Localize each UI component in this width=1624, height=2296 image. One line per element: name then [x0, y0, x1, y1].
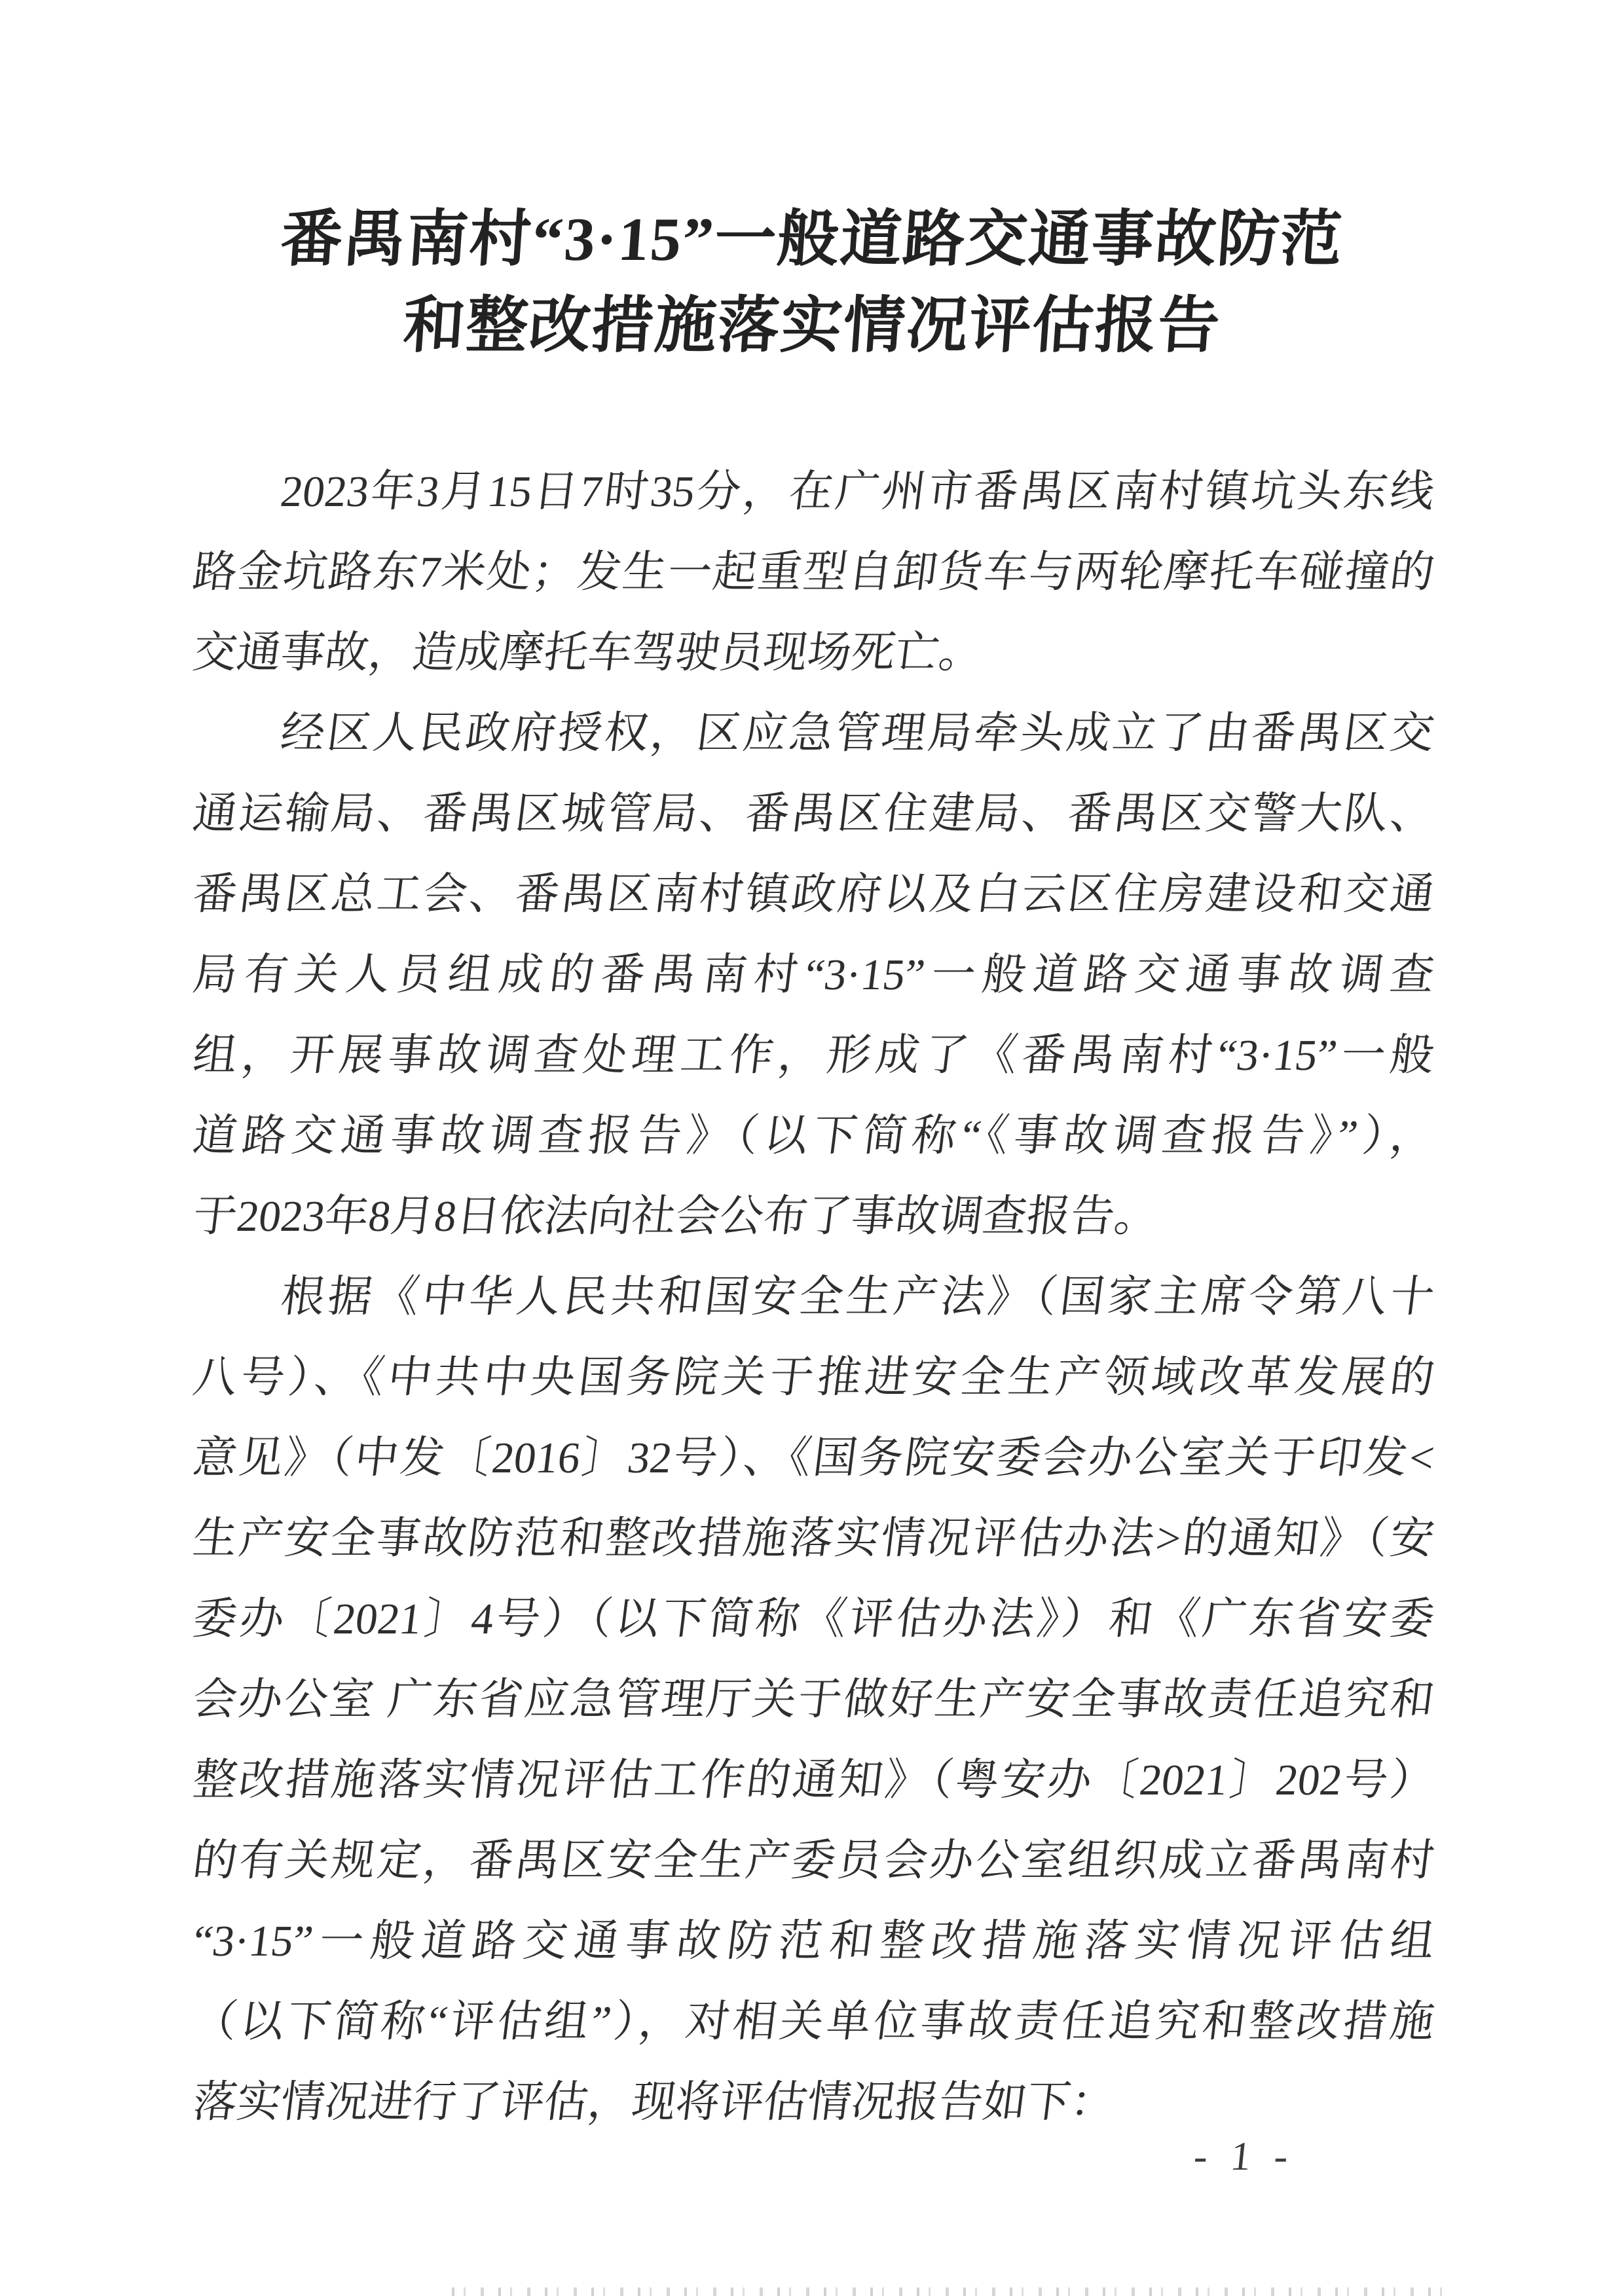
document-page: 番禺南村“3·15”一般道路交通事故防范 和整改措施落实情况评估报告 2023年…	[0, 0, 1624, 2296]
paragraph-investigation-group: 经区人民政府授权，区应急管理局牵头成立了由番禺区交通运输局、番禺区城管局、番禺区…	[193, 693, 1434, 1257]
text-line: 委办〔2021〕4号）（以下简称《评估办法》）和《广东省安委	[188, 1579, 1439, 1660]
text-line: 会办公室 广东省应急管理厅关于做好生产安全事故责任追究和	[188, 1660, 1439, 1740]
text-line: 根据《中华人民共和国安全生产法》（国家主席令第八十	[188, 1257, 1439, 1338]
text-line: 路金坑路东7米处；发生一起重型自卸货车与两轮摩托车碰撞的	[188, 532, 1439, 613]
next-page-cutoff-fragment	[452, 2287, 1447, 2296]
text-line: 组，开展事故调查处理工作，形成了《番禺南村“3·15”一般	[188, 1015, 1439, 1096]
text-line: 2023年3月15日7时35分，在广州市番禺区南村镇坑头东线	[188, 452, 1439, 532]
text-line: 通运输局、番禺区城管局、番禺区住建局、番禺区交警大队、	[188, 774, 1439, 854]
text-line: 交通事故，造成摩托车驾驶员现场死亡。	[188, 613, 1439, 693]
text-line: 八号）、《中共中央国务院关于推进安全生产领域改革发展的	[188, 1338, 1439, 1418]
text-line: 落实情况进行了评估，现将评估情况报告如下：	[188, 2062, 1439, 2143]
document-title: 番禺南村“3·15”一般道路交通事故防范 和整改措施落实情况评估报告	[0, 196, 1624, 369]
paragraph-legal-basis: 根据《中华人民共和国安全生产法》（国家主席令第八十八号）、《中共中央国务院关于推…	[193, 1257, 1434, 2143]
text-line: 的有关规定，番禺区安全生产委员会办公室组织成立番禺南村	[188, 1821, 1439, 1901]
page-number: - 1 -	[1111, 2133, 1378, 2180]
paragraph-incident-summary: 2023年3月15日7时35分，在广州市番禺区南村镇坑头东线路金坑路东7米处；发…	[193, 452, 1434, 693]
text-line: 番禺区总工会、番禺区南村镇政府以及白云区住房建设和交通	[188, 854, 1439, 935]
text-line: 意见》（中发〔2016〕32号）、《国务院安委会办公室关于印发<	[188, 1418, 1439, 1499]
text-line: 道路交通事故调查报告》（以下简称“《事故调查报告》”），	[188, 1096, 1439, 1176]
text-line: “3·15”一般道路交通事故防范和整改措施落实情况评估组	[188, 1901, 1439, 1982]
text-line: 于2023年8月8日依法向社会公布了事故调查报告。	[188, 1176, 1439, 1257]
document-title-line-1: 番禺南村“3·15”一般道路交通事故防范	[0, 196, 1624, 283]
text-line: 生产安全事故防范和整改措施落实情况评估办法>的通知》（安	[188, 1499, 1439, 1579]
text-line: 经区人民政府授权，区应急管理局牵头成立了由番禺区交	[188, 693, 1439, 774]
text-line: 整改措施落实情况评估工作的通知》（粤安办〔2021〕202号）	[188, 1740, 1439, 1821]
document-title-line-2: 和整改措施落实情况评估报告	[0, 283, 1624, 369]
document-body: 2023年3月15日7时35分，在广州市番禺区南村镇坑头东线路金坑路东7米处；发…	[193, 452, 1434, 2143]
text-line: （以下简称“评估组”），对相关单位事故责任追究和整改措施	[188, 1982, 1439, 2062]
text-line: 局有关人员组成的番禺南村“3·15”一般道路交通事故调查	[188, 935, 1439, 1015]
